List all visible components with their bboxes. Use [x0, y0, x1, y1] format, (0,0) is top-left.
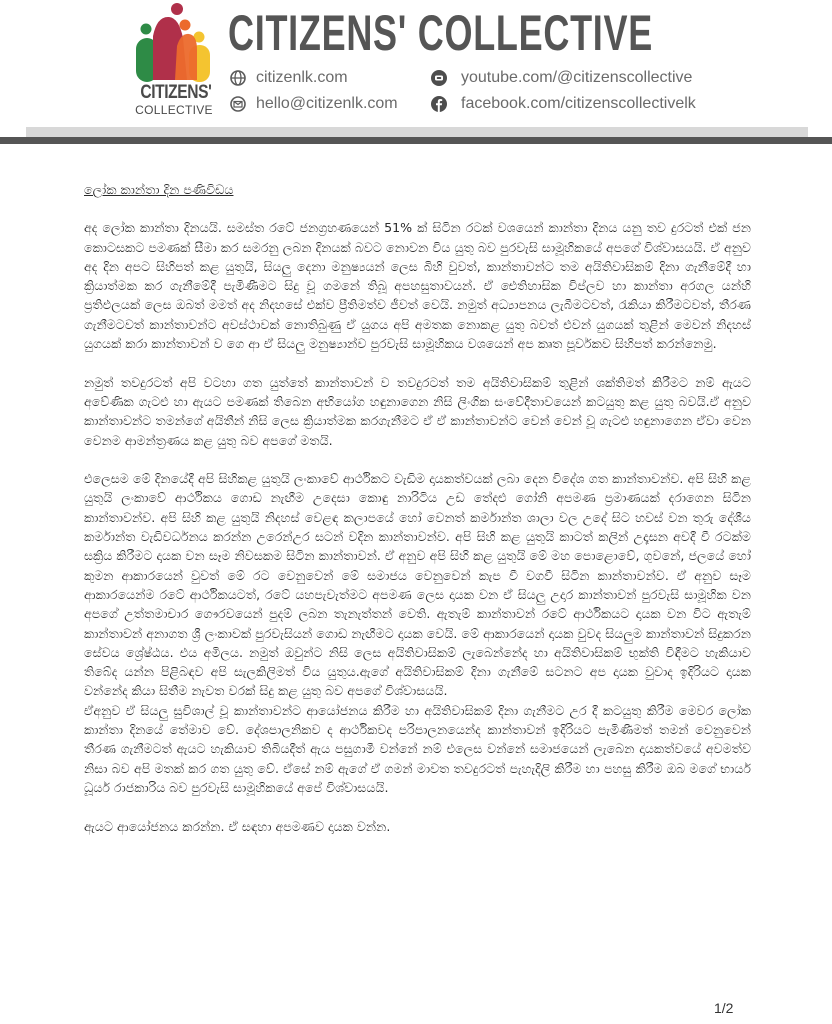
- brand-title: CITIZENS' COLLECTIVE: [228, 4, 653, 62]
- mail-icon: [230, 96, 246, 112]
- facebook-link[interactable]: facebook.com/citizenscollectivelk: [431, 95, 696, 113]
- letter-body: ලෝක කාන්තා දින පණිවිඩය අද ලෝක කාන්තා දින…: [84, 180, 751, 855]
- website-link[interactable]: citizenlk.com: [230, 69, 348, 87]
- people-figures-logo-icon: [133, 2, 215, 82]
- paragraph-3: එලෙසම මේ දිනයේදී අපි සිහිකළ යුතුයි ලංකාව…: [84, 469, 751, 701]
- paragraph-2: නමුත් තවදුරටත් අපි වටහා ගත යුත්තේ කාන්තා…: [84, 373, 751, 450]
- header-divider-light: [26, 127, 808, 137]
- logo-text-citizens: CITIZENS': [140, 82, 207, 104]
- youtube-icon: [431, 70, 447, 86]
- page-number: 1/2: [714, 1000, 733, 1016]
- youtube-link[interactable]: youtube.com/@citizenscollective: [431, 69, 692, 87]
- paragraph-1: අද ලෝක කාන්තා දිනයයි. සමස්ත රටේ ජනග්‍රහණ…: [84, 218, 751, 353]
- letterhead: CITIZENS' COLLECTIVE CITIZENS' COLLECTIV…: [0, 0, 832, 145]
- closing-line: ඇයට ආයෝජනය කරන්න. ඒ සඳහා අපමණව දායක වන්න…: [84, 817, 751, 836]
- email-text: hello@citizenlk.com: [256, 95, 398, 113]
- logo-text-collective: COLLECTIVE: [133, 103, 215, 117]
- email-link[interactable]: hello@citizenlk.com: [230, 95, 398, 113]
- citizens-collective-logo: CITIZENS' COLLECTIVE: [133, 2, 215, 120]
- website-text: citizenlk.com: [256, 69, 348, 87]
- youtube-text: youtube.com/@citizenscollective: [461, 69, 692, 87]
- document-title: ලෝක කාන්තා දින පණිවිඩය: [84, 180, 751, 199]
- paragraph-4: ඒඅනුව ඒ සියලු සුවිශාල් වූ කාන්තාවන්ට ආයෝ…: [84, 701, 751, 797]
- header-divider-dark: [0, 137, 832, 144]
- facebook-icon: [431, 96, 447, 112]
- facebook-text: facebook.com/citizenscollectivelk: [461, 95, 696, 113]
- globe-icon: [230, 70, 246, 86]
